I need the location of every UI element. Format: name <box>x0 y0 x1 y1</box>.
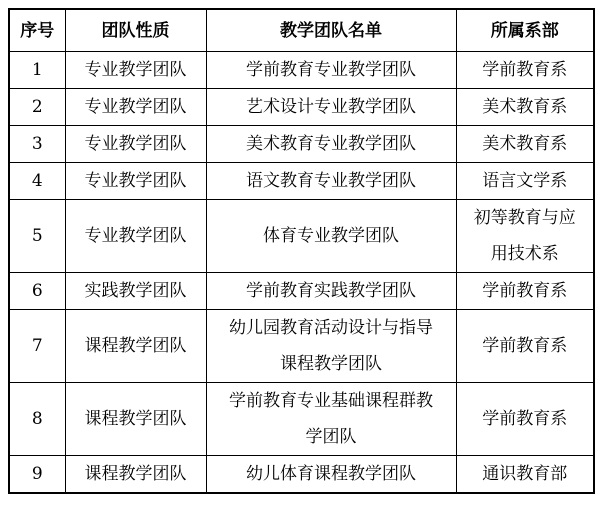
cell-dept: 语言文学系 <box>456 163 594 200</box>
cell-dept: 学前教育系 <box>456 383 594 456</box>
cell-nature: 专业教学团队 <box>65 52 206 89</box>
col-header-no: 序号 <box>9 9 65 52</box>
cell-no: 7 <box>9 310 65 383</box>
cell-dept: 学前教育系 <box>456 52 594 89</box>
cell-name: 学前教育实践教学团队 <box>206 273 456 310</box>
col-header-dept: 所属系部 <box>456 9 594 52</box>
cell-no: 6 <box>9 273 65 310</box>
col-header-nature: 团队性质 <box>65 9 206 52</box>
cell-dept: 初等教育与应 用技术系 <box>456 200 594 273</box>
cell-name: 学前教育专业基础课程群教 学团队 <box>206 383 456 456</box>
cell-no: 3 <box>9 126 65 163</box>
table-row: 8 课程教学团队 学前教育专业基础课程群教 学团队 学前教育系 <box>9 383 594 456</box>
cell-nature: 专业教学团队 <box>65 89 206 126</box>
cell-dept: 美术教育系 <box>456 126 594 163</box>
cell-name: 语文教育专业教学团队 <box>206 163 456 200</box>
cell-no: 8 <box>9 383 65 456</box>
table-row: 5 专业教学团队 体育专业教学团队 初等教育与应 用技术系 <box>9 200 594 273</box>
cell-name: 幼儿体育课程教学团队 <box>206 456 456 494</box>
cell-name: 艺术设计专业教学团队 <box>206 89 456 126</box>
table-row: 1 专业教学团队 学前教育专业教学团队 学前教育系 <box>9 52 594 89</box>
cell-name: 学前教育专业教学团队 <box>206 52 456 89</box>
cell-nature: 专业教学团队 <box>65 163 206 200</box>
table-row: 2 专业教学团队 艺术设计专业教学团队 美术教育系 <box>9 89 594 126</box>
cell-name: 幼儿园教育活动设计与指导 课程教学团队 <box>206 310 456 383</box>
cell-name: 体育专业教学团队 <box>206 200 456 273</box>
cell-nature: 实践教学团队 <box>65 273 206 310</box>
cell-no: 9 <box>9 456 65 494</box>
cell-nature: 专业教学团队 <box>65 126 206 163</box>
cell-name: 美术教育专业教学团队 <box>206 126 456 163</box>
table-row: 6 实践教学团队 学前教育实践教学团队 学前教育系 <box>9 273 594 310</box>
cell-dept: 学前教育系 <box>456 273 594 310</box>
table-row: 9 课程教学团队 幼儿体育课程教学团队 通识教育部 <box>9 456 594 494</box>
cell-nature: 专业教学团队 <box>65 200 206 273</box>
cell-nature: 课程教学团队 <box>65 456 206 494</box>
table-row: 3 专业教学团队 美术教育专业教学团队 美术教育系 <box>9 126 594 163</box>
cell-dept: 美术教育系 <box>456 89 594 126</box>
cell-dept: 通识教育部 <box>456 456 594 494</box>
cell-no: 2 <box>9 89 65 126</box>
cell-no: 4 <box>9 163 65 200</box>
cell-nature: 课程教学团队 <box>65 310 206 383</box>
table-row: 4 专业教学团队 语文教育专业教学团队 语言文学系 <box>9 163 594 200</box>
cell-dept: 学前教育系 <box>456 310 594 383</box>
table-row: 7 课程教学团队 幼儿园教育活动设计与指导 课程教学团队 学前教育系 <box>9 310 594 383</box>
cell-no: 5 <box>9 200 65 273</box>
table-header-row: 序号 团队性质 教学团队名单 所属系部 <box>9 9 594 52</box>
teaching-teams-table: 序号 团队性质 教学团队名单 所属系部 1 专业教学团队 学前教育专业教学团队 … <box>8 8 595 494</box>
cell-nature: 课程教学团队 <box>65 383 206 456</box>
cell-no: 1 <box>9 52 65 89</box>
col-header-name: 教学团队名单 <box>206 9 456 52</box>
